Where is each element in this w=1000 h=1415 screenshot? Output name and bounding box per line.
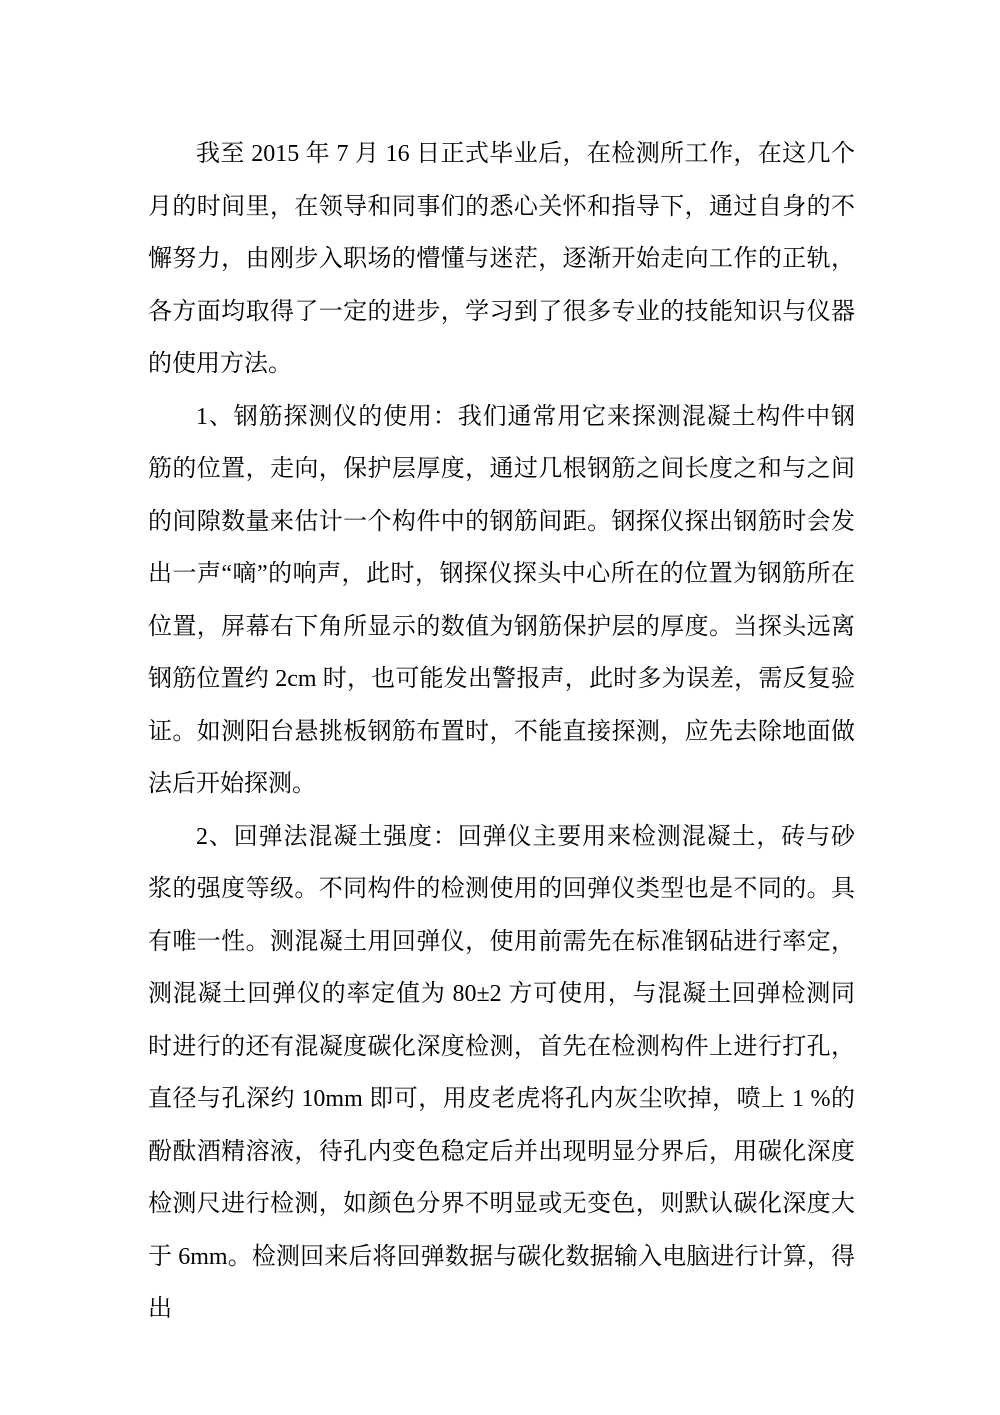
paragraph-intro-work-summary: 我至 2015 年 7 月 16 日正式毕业后，在检测所工作，在这几个月的时间里… [148,128,855,391]
paragraph-rebound-concrete-strength: 2、回弹法混凝土强度：回弹仪主要用来检测混凝土，砖与砂浆的强度等级。不同构件的检… [148,811,855,1336]
paragraph-rebar-detector-usage: 1、钢筋探测仪的使用：我们通常用它来探测混凝土构件中钢筋的位置，走向，保护层厚度… [148,391,855,811]
document-page: 我至 2015 年 7 月 16 日正式毕业后，在检测所工作，在这几个月的时间里… [0,0,1000,1415]
document-body: 我至 2015 年 7 月 16 日正式毕业后，在检测所工作，在这几个月的时间里… [148,128,855,1336]
